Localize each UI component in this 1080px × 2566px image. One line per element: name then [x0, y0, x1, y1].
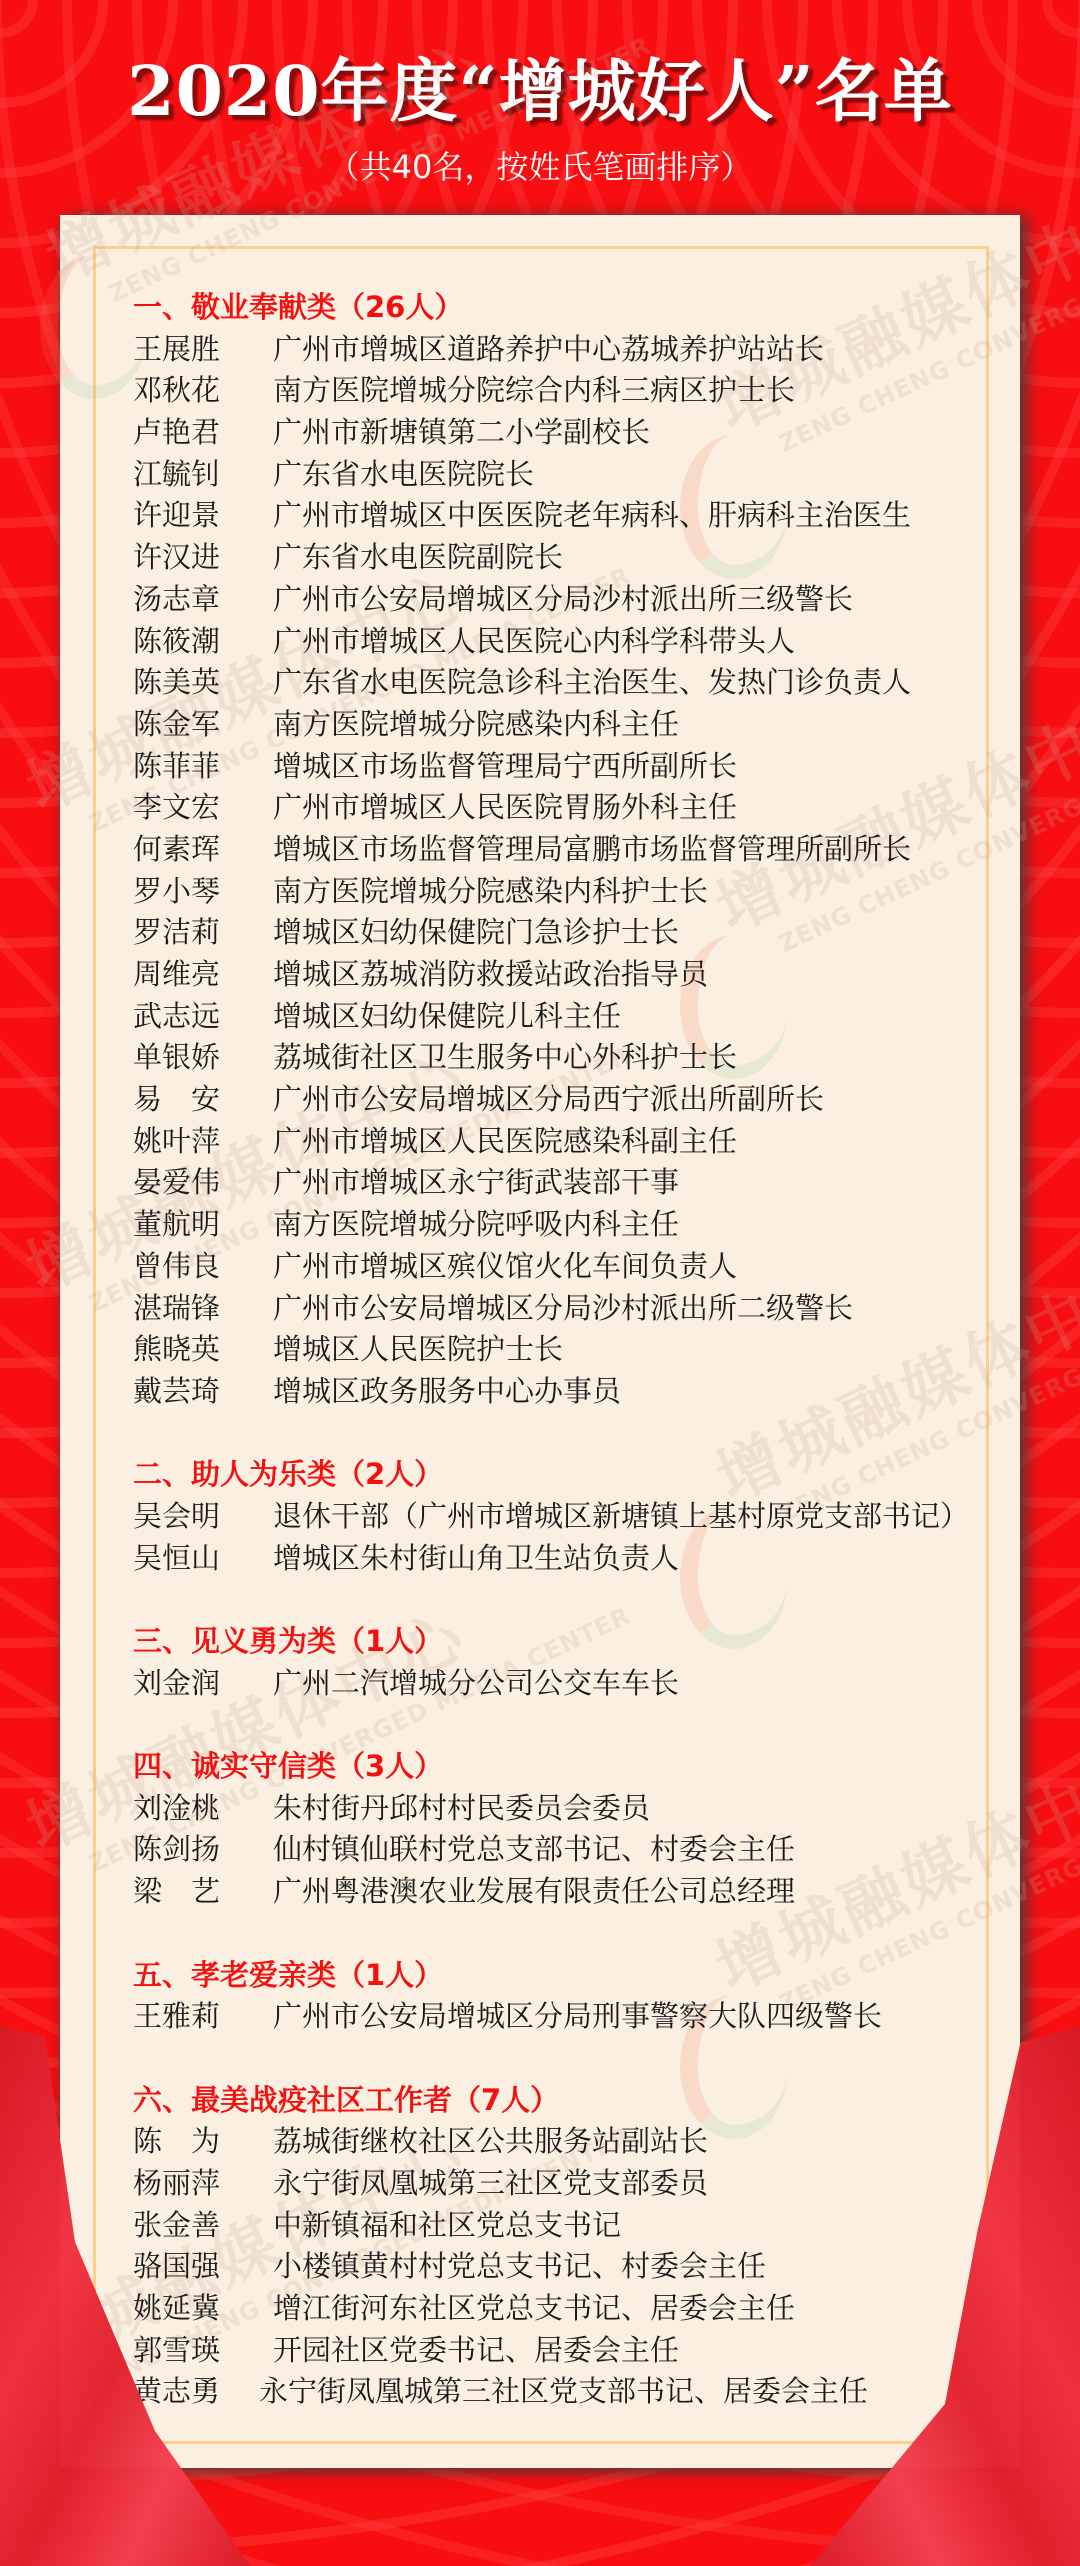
person-role: 朱村街丹邱村村民委员会委员 [273, 1788, 993, 1830]
person-name: 罗小琴 [133, 871, 273, 913]
page-title: 2020年度“增城好人”名单 [0, 38, 1080, 135]
person-role: 永宁街凤凰城第三社区党支部委员 [273, 2163, 993, 2205]
section-bravery: 三、见义勇为类（1人） 刘金润广州二汽增城分公司公交车车长 [133, 1621, 993, 1704]
list-item: 罗小琴南方医院增城分院感染内科护士长 [133, 871, 993, 913]
person-role: 广州市增城区道路养护中心荔城养护站站长 [273, 329, 993, 371]
person-role: 增城区荔城消防救援站政治指导员 [273, 954, 993, 996]
list-item: 陈为荔城街继枚社区公共服务站副站长 [133, 2121, 993, 2163]
person-role: 广州市公安局增城区分局刑事警察大队四级警长 [273, 1996, 993, 2038]
person-role: 广州市公安局增城区分局沙村派出所二级警长 [273, 1288, 993, 1330]
person-name: 陈为 [133, 2121, 273, 2163]
person-name: 湛瑞锋 [133, 1288, 273, 1330]
list-item: 汤志章广州市公安局增城区分局沙村派出所三级警长 [133, 579, 993, 621]
list-item: 陈金军南方医院增城分院感染内科主任 [133, 704, 993, 746]
person-name: 晏爱伟 [133, 1162, 273, 1204]
list-item: 郭雪瑛开园社区党委书记、居委会主任 [133, 2330, 993, 2372]
list-item: 何素珲增城区市场监督管理局富鹏市场监督管理所副所长 [133, 829, 993, 871]
person-name: 陈筱潮 [133, 621, 273, 663]
person-role: 广州二汽增城分公司公交车车长 [273, 1663, 993, 1705]
person-role: 退休干部（广州市增城区新塘镇上基村原党支部书记） [273, 1496, 993, 1538]
list-item: 刘金润广州二汽增城分公司公交车车长 [133, 1663, 993, 1705]
person-name: 刘金润 [133, 1663, 273, 1705]
section-heading: 四、诚实守信类（3人） [133, 1746, 993, 1788]
person-role: 增城区政务服务中心办事员 [273, 1371, 993, 1413]
list-item: 姚叶萍广州市增城区人民医院感染科副主任 [133, 1121, 993, 1163]
person-name: 王雅莉 [133, 1996, 273, 2038]
list-item: 董航明南方医院增城分院呼吸内科主任 [133, 1204, 993, 1246]
list-item: 吴会明退休干部（广州市增城区新塘镇上基村原党支部书记） [133, 1496, 993, 1538]
section-heading: 三、见义勇为类（1人） [133, 1621, 993, 1663]
list-item: 罗洁莉增城区妇幼保健院门急诊护士长 [133, 912, 993, 954]
person-name: 王展胜 [133, 329, 273, 371]
person-name: 陈美英 [133, 662, 273, 704]
list-item: 许汉进广东省水电医院副院长 [133, 537, 993, 579]
person-role: 广州市增城区人民医院感染科副主任 [273, 1121, 993, 1163]
person-role: 永宁街凤凰城第三社区党支部书记、居委会主任 [259, 2371, 993, 2413]
list-item: 戴芸琦增城区政务服务中心办事员 [133, 1371, 993, 1413]
person-name: 陈金军 [133, 704, 273, 746]
list-item: 张金善中新镇福和社区党总支书记 [133, 2205, 993, 2247]
honor-list: 一、敬业奉献类（26人） 王展胜广州市增城区道路养护中心荔城养护站站长 邓秋花南… [133, 287, 993, 2455]
person-name: 戴芸琦 [133, 1371, 273, 1413]
person-role: 增城区妇幼保健院门急诊护士长 [273, 912, 993, 954]
person-role: 广州市增城区人民医院心内科学科带头人 [273, 621, 993, 663]
person-name: 卢艳君 [133, 412, 273, 454]
section-helping-others: 二、助人为乐类（2人） 吴会明退休干部（广州市增城区新塘镇上基村原党支部书记） … [133, 1454, 993, 1579]
person-role: 广州市公安局增城区分局沙村派出所三级警长 [273, 579, 993, 621]
person-name: 周维亮 [133, 954, 273, 996]
person-role: 开园社区党委书记、居委会主任 [273, 2330, 993, 2372]
list-item: 卢艳君广州市新塘镇第二小学副校长 [133, 412, 993, 454]
person-role: 广州市新塘镇第二小学副校长 [273, 412, 993, 454]
person-name: 杨丽萍 [133, 2163, 273, 2205]
person-name: 姚延冀 [133, 2288, 273, 2330]
person-role: 南方医院增城分院呼吸内科主任 [273, 1204, 993, 1246]
person-role: 南方医院增城分院感染内科主任 [273, 704, 993, 746]
list-item: 王展胜广州市增城区道路养护中心荔城养护站站长 [133, 329, 993, 371]
person-name: 许汉进 [133, 537, 273, 579]
page-subtitle: （共40名，按姓氏笔画排序） [0, 142, 1080, 188]
list-item: 姚延冀增江街河东社区党总支书记、居委会主任 [133, 2288, 993, 2330]
list-item: 刘淦桃朱村街丹邱村村民委员会委员 [133, 1788, 993, 1830]
section-filial-piety: 五、孝老爱亲类（1人） 王雅莉广州市公安局增城区分局刑事警察大队四级警长 [133, 1955, 993, 2038]
person-role: 广东省水电医院急诊科主治医生、发热门诊负责人 [273, 662, 993, 704]
person-role: 增江街河东社区党总支书记、居委会主任 [273, 2288, 993, 2330]
person-name: 罗洁莉 [133, 912, 273, 954]
section-heading: 五、孝老爱亲类（1人） [133, 1955, 993, 1997]
person-role: 荔城街继枚社区公共服务站副站长 [273, 2121, 993, 2163]
person-name: 董航明 [133, 1204, 273, 1246]
section-community-workers: 六、最美战疫社区工作者（7人） 陈为荔城街继枚社区公共服务站副站长 杨丽萍永宁街… [133, 2080, 993, 2414]
person-name: 武志远 [133, 996, 273, 1038]
person-name: 陈剑扬 [133, 1829, 273, 1871]
section-heading: 一、敬业奉献类（26人） [133, 287, 993, 329]
list-item: 邓秋花南方医院增城分院综合内科三病区护士长 [133, 370, 993, 412]
section-dedication: 一、敬业奉献类（26人） 王展胜广州市增城区道路养护中心荔城养护站站长 邓秋花南… [133, 287, 993, 1413]
person-name: 邓秋花 [133, 370, 273, 412]
person-role: 增城区人民医院护士长 [273, 1329, 993, 1371]
list-item: 李文宏广州市增城区人民医院胃肠外科主任 [133, 787, 993, 829]
person-name: 许迎景 [133, 495, 273, 537]
list-item: 周维亮增城区荔城消防救援站政治指导员 [133, 954, 993, 996]
list-item: 陈菲菲增城区市场监督管理局宁西所副所长 [133, 746, 993, 788]
list-item: 吴恒山增城区朱村街山角卫生站负责人 [133, 1538, 993, 1580]
section-heading: 二、助人为乐类（2人） [133, 1454, 993, 1496]
person-name: 吴恒山 [133, 1538, 273, 1580]
person-role: 增城区市场监督管理局宁西所副所长 [273, 746, 993, 788]
person-role: 广州粤港澳农业发展有限责任公司总经理 [273, 1871, 993, 1913]
person-role: 广州市增城区人民医院胃肠外科主任 [273, 787, 993, 829]
person-name: 李文宏 [133, 787, 273, 829]
person-role: 广州市增城区中医医院老年病科、肝病科主治医生 [273, 495, 993, 537]
person-name: 易安 [133, 1079, 273, 1121]
person-role: 仙村镇仙联村党总支部书记、村委会主任 [273, 1829, 993, 1871]
person-role: 广州市增城区永宁街武装部干事 [273, 1162, 993, 1204]
list-item: 王雅莉广州市公安局增城区分局刑事警察大队四级警长 [133, 1996, 993, 2038]
list-item: 曾伟良广州市增城区殡仪馆火化车间负责人 [133, 1246, 993, 1288]
list-item: 陈剑扬仙村镇仙联村党总支部书记、村委会主任 [133, 1829, 993, 1871]
list-item: 陈美英广东省水电医院急诊科主治医生、发热门诊负责人 [133, 662, 993, 704]
section-heading: 六、最美战疫社区工作者（7人） [133, 2080, 993, 2122]
person-name: 梁艺 [133, 1871, 273, 1913]
person-name: 郭雪瑛 [133, 2330, 273, 2372]
section-honesty: 四、诚实守信类（3人） 刘淦桃朱村街丹邱村村民委员会委员 陈剑扬仙村镇仙联村党总… [133, 1746, 993, 1913]
person-name: 陈菲菲 [133, 746, 273, 788]
person-name: 黄志勇 [133, 2371, 273, 2413]
person-name: 张金善 [133, 2205, 273, 2247]
person-role: 南方医院增城分院感染内科护士长 [273, 871, 993, 913]
list-item: 陈筱潮广州市增城区人民医院心内科学科带头人 [133, 621, 993, 663]
person-role: 增城区市场监督管理局富鹏市场监督管理所副所长 [273, 829, 993, 871]
list-item: 武志远增城区妇幼保健院儿科主任 [133, 996, 993, 1038]
person-role: 广东省水电医院副院长 [273, 537, 993, 579]
list-item: 梁艺广州粤港澳农业发展有限责任公司总经理 [133, 1871, 993, 1913]
person-role: 荔城街社区卫生服务中心外科护士长 [273, 1037, 993, 1079]
person-role: 增城区朱村街山角卫生站负责人 [273, 1538, 993, 1580]
list-item: 杨丽萍永宁街凤凰城第三社区党支部委员 [133, 2163, 993, 2205]
person-name: 单银娇 [133, 1037, 273, 1079]
person-role: 增城区妇幼保健院儿科主任 [273, 996, 993, 1038]
person-name: 骆国强 [133, 2246, 273, 2288]
person-role: 广东省水电医院院长 [273, 454, 993, 496]
list-item: 骆国强小楼镇黄村村党总支书记、村委会主任 [133, 2246, 993, 2288]
person-name: 江毓钊 [133, 454, 273, 496]
list-item: 黄志勇永宁街凤凰城第三社区党支部书记、居委会主任 [133, 2371, 993, 2413]
list-item: 单银娇荔城街社区卫生服务中心外科护士长 [133, 1037, 993, 1079]
person-role: 广州市公安局增城区分局西宁派出所副所长 [273, 1079, 993, 1121]
person-role: 南方医院增城分院综合内科三病区护士长 [273, 370, 993, 412]
person-name: 刘淦桃 [133, 1788, 273, 1830]
list-item: 熊晓英增城区人民医院护士长 [133, 1329, 993, 1371]
list-item: 许迎景广州市增城区中医医院老年病科、肝病科主治医生 [133, 495, 993, 537]
list-item: 晏爱伟广州市增城区永宁街武装部干事 [133, 1162, 993, 1204]
person-role: 广州市增城区殡仪馆火化车间负责人 [273, 1246, 993, 1288]
person-name: 何素珲 [133, 829, 273, 871]
list-item: 湛瑞锋广州市公安局增城区分局沙村派出所二级警长 [133, 1288, 993, 1330]
list-item: 易安广州市公安局增城区分局西宁派出所副所长 [133, 1079, 993, 1121]
person-role: 中新镇福和社区党总支书记 [273, 2205, 993, 2247]
list-item: 江毓钊广东省水电医院院长 [133, 454, 993, 496]
person-name: 姚叶萍 [133, 1121, 273, 1163]
person-name: 曾伟良 [133, 1246, 273, 1288]
person-name: 汤志章 [133, 579, 273, 621]
person-name: 吴会明 [133, 1496, 273, 1538]
person-role: 小楼镇黄村村党总支书记、村委会主任 [273, 2246, 993, 2288]
person-name: 熊晓英 [133, 1329, 273, 1371]
